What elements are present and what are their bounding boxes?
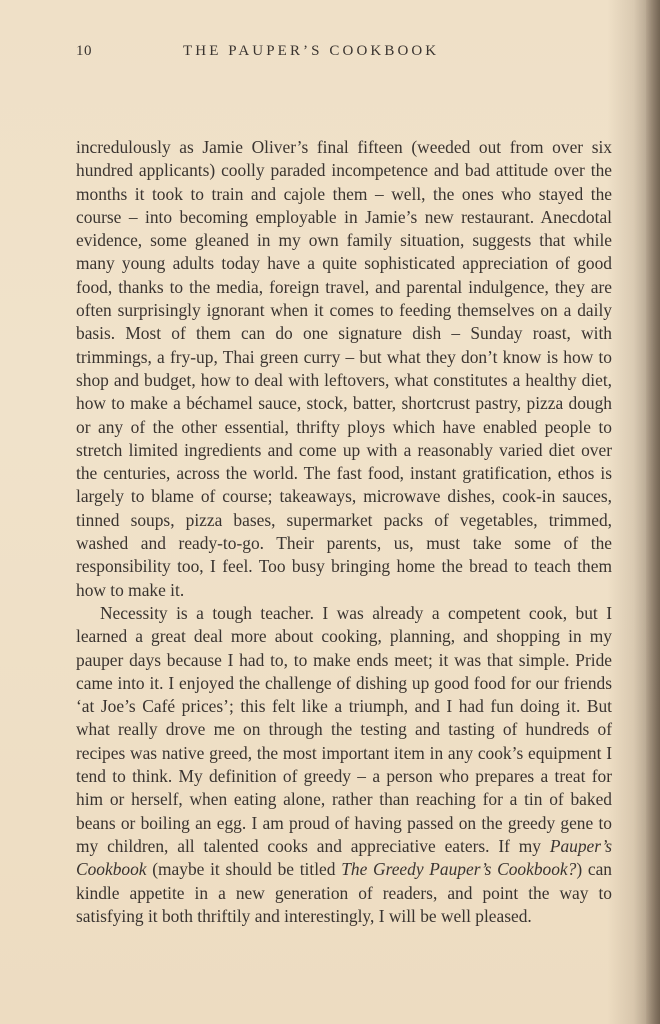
page-number: 10 [76,43,92,60]
page-header: 10 THE PAUPER’S COOKBOOK [76,43,556,65]
alt-book-title-italic: The Greedy Pauper’s Cookbook? [341,859,576,879]
paragraph-2: Necessity is a tough teacher. I was alre… [76,602,612,928]
paragraph-2-text-cont: (maybe it should be titled [147,859,342,879]
paragraph-2-text: Necessity is a tough teacher. I was alre… [76,603,612,856]
running-head: THE PAUPER’S COOKBOOK [183,43,439,60]
body-text: incredulously as Jamie Oliver’s final fi… [76,136,612,928]
page-edge-shadow [646,0,660,1024]
paragraph-1: incredulously as Jamie Oliver’s final fi… [76,136,612,602]
book-page: 10 THE PAUPER’S COOKBOOK incredulously a… [0,0,660,1024]
paragraph-1-text: incredulously as Jamie Oliver’s final fi… [76,137,612,600]
